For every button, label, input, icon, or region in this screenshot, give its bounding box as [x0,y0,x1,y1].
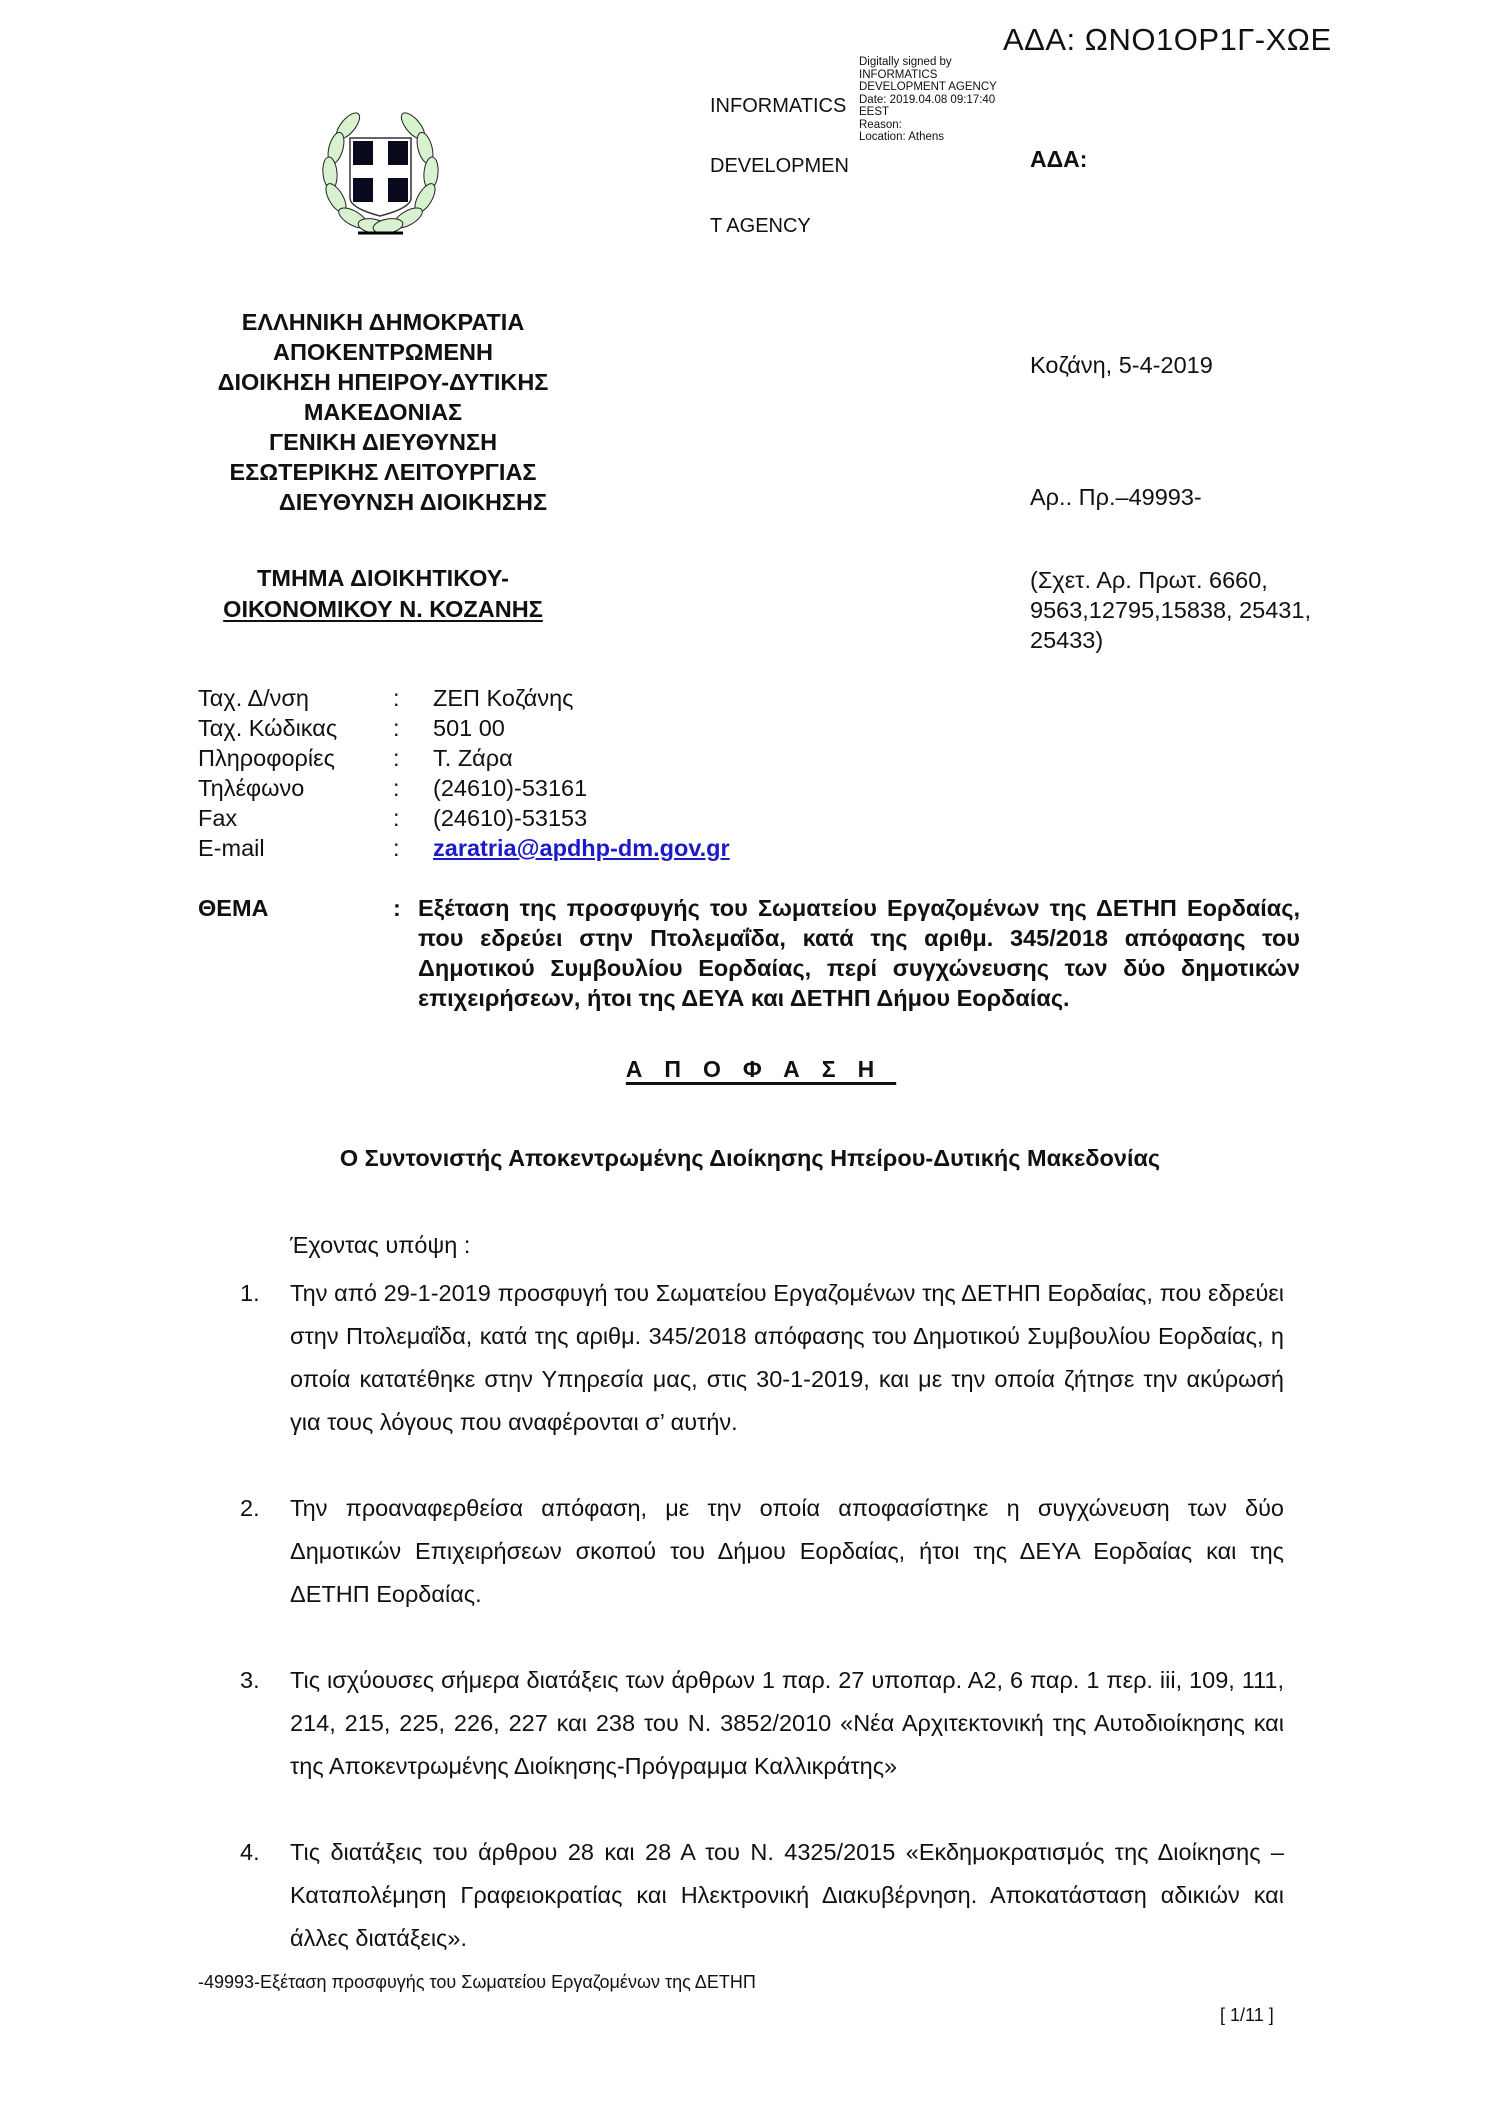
contact-label: Πληροφορίες [198,743,393,773]
item-number: 4. [240,1831,290,1960]
subject-text: Εξέταση της προσφυγής του Σωματείου Εργα… [418,893,1300,1013]
colon: : [393,743,433,773]
item-number: 2. [240,1487,290,1616]
list-item: 4. Τις διατάξεις του άρθρου 28 και 28 Α … [240,1831,1284,1960]
colon: : [393,833,433,863]
contact-value: 501 00 [433,713,505,743]
page-footer: -49993-Εξέταση προσφυγής του Σωματείου Ε… [198,1972,756,1993]
contact-row-fax: Fax : (24610)-53153 [198,803,730,833]
signer-line: DEVELOPMEN [710,156,849,176]
contact-value: (24610)-53153 [433,803,587,833]
item-number: 3. [240,1659,290,1788]
contact-label: Ταχ. Κώδικας [198,713,393,743]
contact-details: Ταχ. Δ/νση : ΖΕΠ Κοζάνης Ταχ. Κώδικας : … [198,683,730,863]
contact-label: E-mail [198,833,393,863]
contact-label: Ταχ. Δ/νση [198,683,393,713]
contact-value: ΖΕΠ Κοζάνης [433,683,574,713]
related-line: 25433) [1030,625,1311,655]
colon: : [393,683,433,713]
protocol-number: Αρ.. Πρ.–49993- [1030,482,1202,512]
item-text: Τις ισχύουσες σήμερα διατάξεις των άρθρω… [290,1659,1284,1788]
list-item: 3. Τις ισχύουσες σήμερα διατάξεις των άρ… [240,1659,1284,1788]
signer-line: T AGENCY [710,216,849,236]
issuer-line: ΑΠΟΚΕΝΤΡΩΜΕΝΗ [188,337,578,367]
considerations-list: 1. Την από 29-1-2019 προσφυγή του Σωματε… [240,1272,1284,1960]
contact-row-info: Πληροφορίες : Τ. Ζάρα [198,743,730,773]
list-item: 2. Την προαναφερθείσα απόφαση, με την οπ… [240,1487,1284,1616]
contact-value: (24610)-53161 [433,773,587,803]
colon: : [393,773,433,803]
issuer-block: ΕΛΛΗΝΙΚΗ ΔΗΜΟΚΡΑΤΙΑ ΑΠΟΚΕΝΤΡΩΜΕΝΗ ΔΙΟΙΚΗ… [188,307,578,517]
related-line: (Σχετ. Αρ. Πρωτ. 6660, [1030,565,1311,595]
signer-line: INFORMATICS [710,96,849,116]
issuer-line: ΜΑΚΕΔΟΝΙΑΣ [188,397,578,427]
department-line: ΤΜΗΜΑ ΔΙΟΙΚΗΤΙΚΟΥ- [188,563,578,594]
issuer-line: ΔΙΕΥΘΥΝΣΗ ΔΙΟΙΚΗΣΗΣ [188,487,578,517]
item-text: Την από 29-1-2019 προσφυγή του Σωματείου… [290,1272,1284,1444]
related-line: 9563,12795,15838, 25431, [1030,595,1311,625]
email-link[interactable]: zaratria@apdhp-dm.gov.gr [433,833,730,863]
item-number: 1. [240,1272,290,1444]
signature-details: Digitally signed by INFORMATICS DEVELOPM… [859,56,997,144]
page-number: [ 1/11 ] [1220,2005,1274,2026]
colon: : [393,803,433,833]
contact-value: Τ. Ζάρα [433,743,513,773]
issuer-line: ΓΕΝΙΚΗ ΔΙΕΥΘΥΝΣΗ [188,427,578,457]
contact-label: Fax [198,803,393,833]
signature-signer-name: INFORMATICS DEVELOPMEN T AGENCY [710,56,849,256]
issuer-line: ΕΛΛΗΝΙΚΗ ΔΗΜΟΚΡΑΤΙΑ [188,307,578,337]
contact-row-address: Ταχ. Δ/νση : ΖΕΠ Κοζάνης [198,683,730,713]
department-block: ΤΜΗΜΑ ΔΙΟΙΚΗΤΙΚΟΥ- ΟΙΚΟΝΟΜΙΚΟΥ Ν. ΚΟΖΑΝΗ… [188,563,578,625]
place-date: Κοζάνη, 5-4-2019 [1030,350,1213,380]
item-text: Τις διατάξεις του άρθρου 28 και 28 Α του… [290,1831,1284,1960]
contact-row-postcode: Ταχ. Κώδικας : 501 00 [198,713,730,743]
contact-row-phone: Τηλέφωνο : (24610)-53161 [198,773,730,803]
subject-section: ΘΕΜΑ : Εξέταση της προσφυγής του Σωματεί… [198,893,1300,1013]
greek-coat-of-arms-icon [318,108,443,238]
subject-label: ΘΕΜΑ [198,893,393,1013]
having-regard: Έχοντας υπόψη : [290,1232,470,1259]
issuer-line: ΔΙΟΙΚΗΣΗ ΗΠΕΙΡΟΥ-ΔΥΤΙΚΗΣ [188,367,578,397]
issuer-line: ΕΣΩΤΕΡΙΚΗΣ ΛΕΙΤΟΥΡΓΙΑΣ [188,457,578,487]
item-text: Την προαναφερθείσα απόφαση, με την οποία… [290,1487,1284,1616]
related-protocols: (Σχετ. Αρ. Πρωτ. 6660, 9563,12795,15838,… [1030,565,1311,655]
list-item: 1. Την από 29-1-2019 προσφυγή του Σωματε… [240,1272,1284,1444]
contact-label: Τηλέφωνο [198,773,393,803]
ada-label: ΑΔΑ: [1030,146,1087,173]
coordinator-title: Ο Συντονιστής Αποκεντρωμένης Διοίκησης Η… [0,1145,1500,1172]
ada-code-header: ΑΔΑ: ΩΝΟ1ΟΡ1Γ-ΧΩΕ [1003,22,1332,58]
department-line: ΟΙΚΟΝΟΜΙΚΟΥ Ν. ΚΟΖΑΝΗΣ [188,594,578,625]
decision-heading: ΑΠΟΦΑΣΗ [0,1056,1500,1083]
decision-title: ΑΠΟΦΑΣΗ [604,1056,896,1082]
colon: : [393,713,433,743]
colon: : [393,893,418,1013]
contact-row-email: E-mail : zaratria@apdhp-dm.gov.gr [198,833,730,863]
